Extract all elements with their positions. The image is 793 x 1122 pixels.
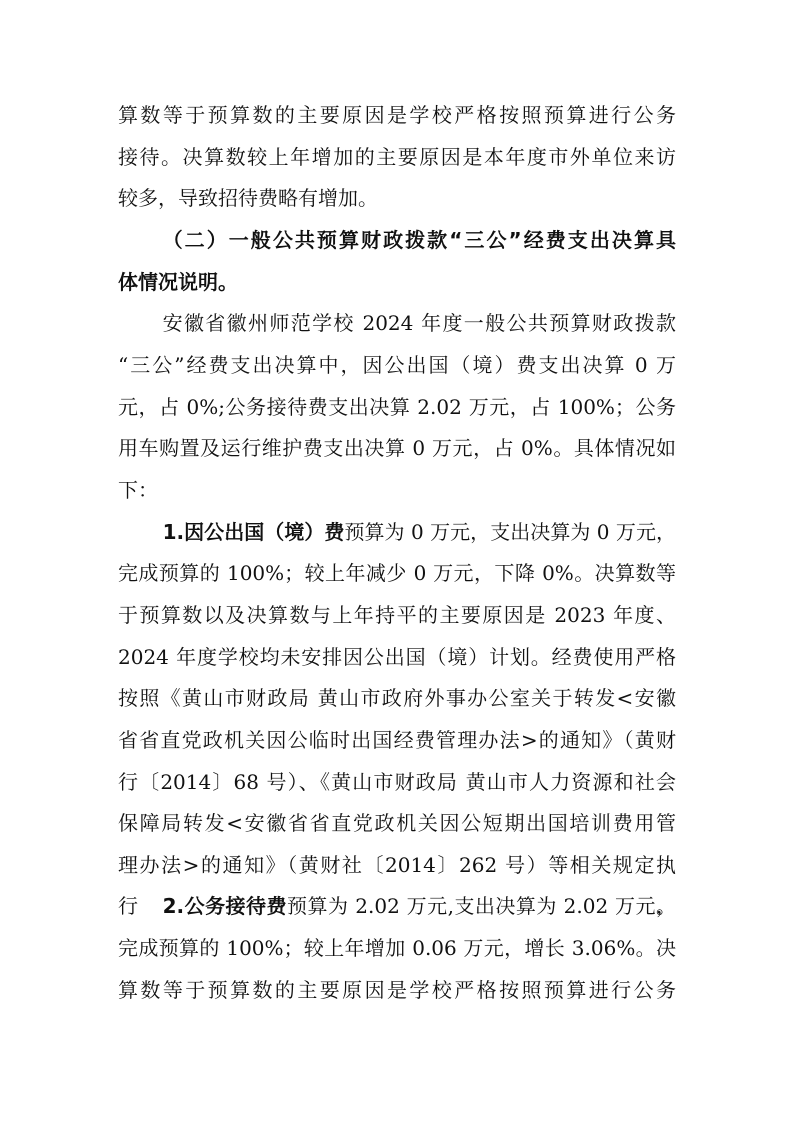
item-2-text: 预算为 2.02 万元,支出决算为 2.02 万元， (287, 894, 676, 918)
section-heading-continued: 体情况说明。 (118, 262, 676, 304)
summary-paragraph-line: 用车购置及运行维护费支出决算 0 万元，占 0%。具体情况如 (118, 428, 676, 470)
item-1-line: 2024 年度学校均未安排因公出国（境）计划。经费使用严格 (118, 637, 676, 679)
item-2-line: 2.公务接待费预算为 2.02 万元,支出决算为 2.02 万元， (118, 886, 676, 928)
item-1-line: 于预算数以及决算数与上年持平的主要原因是 2023 年度、 (118, 595, 676, 637)
body-line: 较多，导致招待费略有增加。 (118, 178, 676, 220)
item-1-line: 1.因公出国（境）费预算为 0 万元，支出决算为 0 万元， (118, 512, 676, 554)
body-line: 接待。决算数较上年增加的主要原因是本年度市外单位来访 (118, 137, 676, 179)
summary-paragraph-line: “三公”经费支出决算中，因公出国（境）费支出决算 0 万 (118, 345, 676, 387)
item-1-text: 预算为 0 万元，支出决算为 0 万元， (344, 520, 676, 544)
item-2-line: 算数等于预算数的主要原因是学校严格按照预算进行公务 (118, 970, 676, 1012)
summary-paragraph-line: 安徽省徽州师范学校 2024 年度一般公共预算财政拨款 (118, 303, 676, 345)
section-heading: （二）一般公共预算财政拨款“三公”经费支出决算具 (118, 220, 676, 262)
item-1-line: 保障局转发<安徽省省直党政机关因公短期出国培训费用管 (118, 803, 676, 845)
item-1-line: 理办法>的通知》（黄财社〔2014〕262 号）等相关规定执行。 (118, 845, 676, 887)
item-1-line: 完成预算的 100%；较上年减少 0 万元，下降 0%。决算数等 (118, 553, 676, 595)
item-1-title: 1.因公出国（境）费 (163, 520, 345, 544)
item-2-line: 完成预算的 100%；较上年增加 0.06 万元，增长 3.06%。决 (118, 928, 676, 970)
body-line: 算数等于预算数的主要原因是学校严格按照预算进行公务 (118, 95, 676, 137)
summary-paragraph-line: 下： (118, 470, 676, 512)
item-1-line: 省省直党政机关因公临时出国经费管理办法>的通知》（黄财 (118, 720, 676, 762)
item-1-line: 按照《黄山市财政局 黄山市政府外事办公室关于转发<安徽 (118, 678, 676, 720)
item-2-title: 2.公务接待费 (163, 894, 287, 918)
document-page: 算数等于预算数的主要原因是学校严格按照预算进行公务 接待。决算数较上年增加的主要… (0, 0, 793, 1122)
summary-paragraph-line: 元，占 0%;公务接待费支出决算 2.02 万元，占 100%；公务 (118, 387, 676, 429)
document-body: 算数等于预算数的主要原因是学校严格按照预算进行公务 接待。决算数较上年增加的主要… (118, 95, 676, 1011)
item-1-line: 行〔2014〕68 号）、《黄山市财政局 黄山市人力资源和社会 (118, 762, 676, 804)
